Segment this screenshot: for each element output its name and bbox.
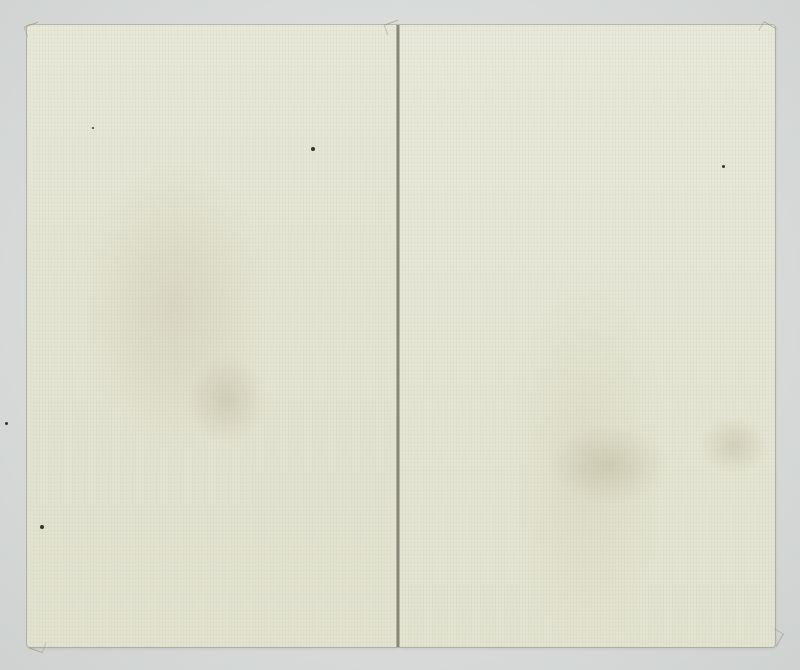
dust-speck — [722, 165, 725, 168]
card-left-panel — [27, 25, 397, 647]
stain-mark — [187, 355, 267, 445]
dust-speck — [40, 525, 44, 529]
card-center-fold — [396, 25, 400, 647]
card-right-panel — [399, 25, 775, 647]
dust-speck — [311, 147, 315, 151]
stain-mark — [699, 415, 769, 475]
dust-speck — [5, 422, 8, 425]
dust-speck — [92, 127, 94, 129]
stain-mark — [549, 425, 669, 505]
folded-linen-card — [27, 25, 775, 647]
